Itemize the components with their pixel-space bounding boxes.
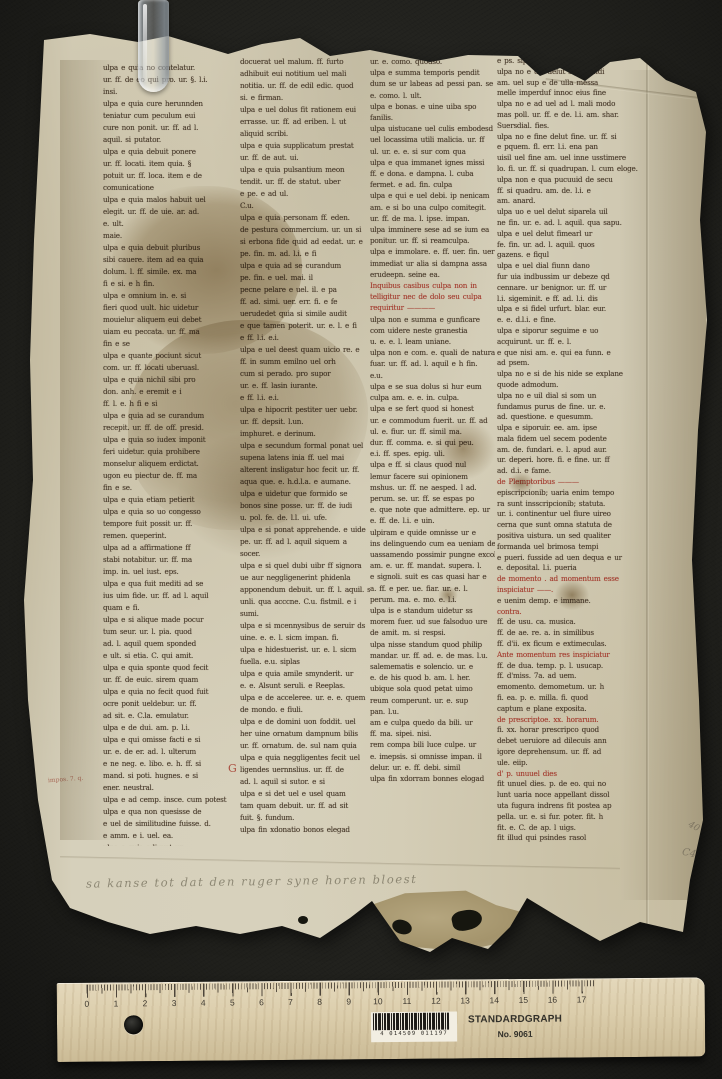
barcode-bar <box>391 1013 392 1030</box>
margin-gloss: impos. 7. q. <box>48 775 84 784</box>
text-line: e. como. l. ult. <box>370 90 495 101</box>
text-line: unli. qua acccne. C.u. fistmil. e i <box>240 596 370 608</box>
text-line: cennare. ur benignor. ur. ff. ur <box>497 283 641 294</box>
rubric-line: requiritur ———— <box>370 302 495 313</box>
text-line: cerna que sunt omna statuta de <box>497 520 641 531</box>
text-line: ulpa e omnium in. e. si <box>103 290 239 302</box>
text-line: ulpa e quia etiam petierit <box>103 494 239 506</box>
text-line: u. pol. fe. de. l.l. ui. ufe. <box>240 512 370 524</box>
barcode-bar <box>441 1013 444 1030</box>
text-line: mouielur aliquem eui debet <box>103 314 239 326</box>
text-line: e que nisi am. e. qui ea funn. e <box>497 348 641 359</box>
text-line: reum comperunt. ur. e. sup <box>370 695 495 706</box>
text-line: ff. de dua. temp. p. l. usucap. <box>497 661 641 672</box>
text-line: ur. e. ff. lasin iurante. <box>240 380 370 392</box>
text-line: u. e. e. l. leam uniane. <box>370 336 495 347</box>
text-line: ulpa e quia neggligentes fecit uel <box>240 752 370 764</box>
text-line: e ps. sipspiul. e d. <box>497 56 641 67</box>
rubric-line: Inquibus casibus culpa non in <box>370 280 495 291</box>
text-line: ulpa e quia sponte quod fecit <box>103 662 239 674</box>
text-line: cum si perado. pro supor <box>240 368 370 380</box>
text-line: ulpa nisse standum quod philip <box>370 639 495 650</box>
ruler-ticks <box>87 980 595 990</box>
bottom-cursive-inscription: sa kanse tot dat den ruger syne horen bl… <box>86 871 456 890</box>
text-line: ponitur. ur. ff. si reamculpa. <box>370 235 495 246</box>
text-line: ulpa no e uel delut siphibendi <box>497 67 641 78</box>
barcode-bar <box>378 1013 381 1030</box>
text-line: ins delinguendo cum ea ueniam del <box>370 538 495 549</box>
text-line: ulpa no e uil dial si som un <box>497 391 641 402</box>
text-line: ius uim fide. ur. ff. ad l. aquil <box>103 590 239 602</box>
rubric-line: contra. <box>497 607 641 618</box>
text-line: ulpa e siporur seguime e uo <box>497 326 641 337</box>
text-line: ad. l. aquil quem sponded <box>103 638 239 650</box>
text-line: ulpa non e qua pucuuid de secu <box>497 175 641 186</box>
text-line: ulpa e quia ad se curandum <box>240 260 370 272</box>
text-line: ul. e. fiur. ur. ff. simil ma. <box>370 426 495 437</box>
ruler-number: 11 <box>402 996 411 1006</box>
text-line: elegit. ur. ff. de uie. ar. ad. <box>103 206 239 218</box>
text-line: ulpa e quia no fecit quod fuit <box>103 686 239 698</box>
text-line: ulpa e si fidel urfurt. blar. eur. <box>497 304 641 315</box>
text-line: e. de his quod b. am. l. her. <box>370 672 495 683</box>
text-line: mas poll. ur. ff. e de. l.i. am. shar. <box>497 110 641 121</box>
ruler-number: 0 <box>84 999 89 1009</box>
text-line: formanda uel brimosa tempi <box>497 542 641 553</box>
text-line: ulpa e de domini uon foddit. uel <box>240 716 370 728</box>
text-line: e. e. Alsunt seruli. e Reeplas. <box>240 680 370 692</box>
ruler-number: 17 <box>577 994 587 1004</box>
text-line: fit illud qui psindes rasol <box>497 833 641 844</box>
bottom-crease <box>60 856 620 870</box>
text-line: fanilis. <box>370 112 495 123</box>
text-line: tam quam debuit. ur. ff. ad sit <box>240 800 370 812</box>
barcode-bar <box>405 1013 408 1030</box>
text-column-4: e ps. sipspiul. e d.ulpa no e uel delut … <box>497 56 641 848</box>
text-line: comunicatione <box>103 182 239 194</box>
rubric-line: telligitur nec de dolo seu culpa <box>370 291 495 302</box>
text-line: lunt uaria noce appellant dissol <box>497 790 641 801</box>
ruler-model: No. 9061 <box>465 1029 565 1040</box>
text-line: am. de. fundari. e. l. apud aur. <box>497 445 641 456</box>
text-line: fi. ea. p. e. milla. fi. quod <box>497 693 641 704</box>
text-line: ff. d'miss. 7a. ad uem. <box>497 671 641 682</box>
text-line: adhibuit eui notitium uel mali <box>240 68 370 80</box>
ruler-number: 5 <box>230 997 235 1007</box>
text-line: mala fidem uel secem podente <box>497 434 641 445</box>
text-line: ulpa e ad cemp. insce. cum potest <box>103 794 239 806</box>
barcode-bar <box>396 1013 399 1030</box>
text-line: com. ur. ff. locati uberuasl. <box>103 362 239 374</box>
text-line: ulpa e si det uel e usel quam <box>240 788 370 800</box>
text-line: ul. ur. e. e. si sur com qua <box>370 146 495 157</box>
text-line: uel locassima utili malicia. ur. ff <box>370 134 495 145</box>
text-line: ugon eu piectur de. ff. ma <box>103 470 239 482</box>
text-line: ulpa e qui e uel debi. ip nenicam <box>370 190 495 201</box>
text-line: ubique sola quod petat uimo <box>370 683 495 694</box>
text-line: stabi notabitur. ur. ff. ma <box>103 554 239 566</box>
damaged-patch <box>348 888 538 954</box>
text-line: mand. si poti. hugnes. e si <box>103 770 239 782</box>
red-initial-g: G <box>228 762 237 775</box>
text-line: ulpa e qua non quesisse de <box>103 806 239 818</box>
manuscript-page: ulpa e quia no contelatur.ur. ff. de eo … <box>0 0 722 1079</box>
text-line: de pestura commercium. ur. un si <box>240 224 370 236</box>
text-line: errasse. ur. ff. ad eriben. l. ut <box>240 116 370 128</box>
text-line: ulpa e bonas. e uine uiba spo <box>370 101 495 112</box>
text-line: ff. de usu. ca. musica. <box>497 617 641 628</box>
text-line: ff. ma. sipei. nisi. <box>370 728 495 739</box>
text-line: ulpa e uel dolus fit rationem eui <box>240 104 370 116</box>
text-line: e ff. l.i. e.i. <box>240 392 370 404</box>
barcode-bar <box>438 1013 440 1030</box>
text-line: ulpa e si quel dubi uibr ff signora <box>240 560 370 572</box>
text-line: de mondo. e fiuli. <box>240 704 370 716</box>
text-line: ulpa e uidetur que formido se <box>240 488 370 500</box>
text-line: ur. e. de er. ad. l. ulterum <box>103 746 239 758</box>
text-line: ule. eiip. <box>497 758 641 769</box>
text-line: ocre ponit ueldebur. ur. ff. <box>103 698 239 710</box>
text-line: aqua que. e. h.d.l.a. e aumane. <box>240 476 370 488</box>
barcode-bar <box>420 1013 422 1030</box>
text-line: quode admodum. <box>497 380 641 391</box>
text-line: ulpa e quia pulsantium meon <box>240 164 370 176</box>
ruler-number: 1 <box>114 998 119 1008</box>
text-line: teniatur cum peculum eui <box>103 110 239 122</box>
manuscript-photo: ulpa e quia no contelatur.ur. ff. de eo … <box>0 0 722 1079</box>
text-line: remen. queperint. <box>103 530 239 542</box>
barcode-digits: 4 014509 011197 <box>373 1031 455 1038</box>
text-line: pe. fin. m. ad. l.i. e fi <box>240 248 370 260</box>
text-line: ad psem. <box>497 358 641 369</box>
text-line: e pueri. fusside ad uen dequa e ur <box>497 553 641 564</box>
barcode-bar <box>429 1013 431 1030</box>
text-line: uerudedet quia si simile audit <box>240 308 370 320</box>
text-line: tendit. ur. ff. de statut. uber <box>240 176 370 188</box>
ruler-number: 9 <box>346 996 351 1006</box>
vertical-fold-crease <box>646 60 649 925</box>
text-line: aliquid scribi. <box>240 128 370 140</box>
barcode-bar <box>414 1013 417 1030</box>
text-line: ulpa e quia amile smynderit. ur <box>240 668 370 680</box>
barcode-bar <box>418 1013 419 1030</box>
text-line: ur. deperi. hore. fi. e fine. ur. ff <box>497 455 641 466</box>
ruler-number: 3 <box>172 998 177 1008</box>
text-line: her uine ornatum dampnum bilis <box>240 728 370 740</box>
rubric-line: de momento . ad momentum esse <box>497 574 641 585</box>
text-line: ur. ff. de eo qui pro. ur. §. l.i. <box>103 74 239 86</box>
text-line: e signoli. suit es cas quasi har e <box>370 571 495 582</box>
text-line: imp. in. uel iust. eps. <box>103 566 239 578</box>
text-line: e uel de similitudine fuisse. d. <box>103 818 239 830</box>
ruler-number: 12 <box>431 996 441 1006</box>
text-line: debet ueruiore ad dilecuis ann <box>497 736 641 747</box>
text-line: ulpa e se sua dolus si hur eum <box>370 381 495 392</box>
rubric-line: Ante momentum res inspiciatur <box>497 650 641 661</box>
text-line: ulpa e quante pociunt sicut <box>103 350 239 362</box>
text-line: fit. e. C. de ap. l uigs. <box>497 823 641 834</box>
text-line: ur. e commodum fuerit. ur. ff. ad <box>370 415 495 426</box>
text-line: ulpa e quia personam ff. eden. <box>240 212 370 224</box>
text-line: morem fuer. ud sue falsoduo ure <box>370 616 495 627</box>
ruler-number: 16 <box>548 995 558 1005</box>
text-line: ulpa e quia supplicatum prestat <box>240 140 370 152</box>
text-line: ue aur neggligenerint phidenla <box>240 572 370 584</box>
ruler: 01234567891011121314151617 4 014509 0111… <box>57 977 706 1062</box>
text-line: ff. si quadru. am. de. l.i. e <box>497 186 641 197</box>
text-line: rem compa bili luce culpe. ur <box>370 739 495 750</box>
barcode-bar <box>387 1013 390 1030</box>
text-line: pecne pelare e uel. il. e pa <box>240 284 370 296</box>
text-line: docuerat uel malum. ff. furto <box>240 56 370 68</box>
text-line: ligendes uernnslius. ur. ff. de <box>240 764 370 776</box>
barcode-bars <box>373 1013 455 1031</box>
text-column-3: ur. e. como. quodso.ulpa e summa tempori… <box>370 56 495 792</box>
text-line: positiva uistura. un sed qualiter <box>497 531 641 542</box>
text-line: apponendum debuit. ur. ff. l. aquil. sep… <box>240 584 370 596</box>
text-line: ulpa e summa temporis pendit <box>370 67 495 78</box>
text-line: ulpa e siporuir. ee. am. ipse <box>497 423 641 434</box>
text-line: ulpa e de dui. am. p. l.i. <box>103 722 239 734</box>
text-line: ulpa non e summa e gunficare <box>370 314 495 325</box>
text-line: e ult. si etia. C. qui amit. <box>103 650 239 662</box>
barcode-bar <box>423 1013 426 1030</box>
text-line: ra sunt insscripcionib; statuta. <box>497 499 641 510</box>
text-line: ulpa e quia cure herunnden <box>103 98 239 110</box>
text-line: emomento. demometum. ur. h <box>497 682 641 693</box>
text-line: am. e si bo una culpo comitegit. <box>370 202 495 213</box>
text-line: ur. ff. de euic. sirem quam <box>103 674 239 686</box>
text-line: maie. <box>103 230 239 242</box>
barcode-bar <box>447 1013 449 1030</box>
text-line: ulpa e quia ad se curandum <box>103 410 239 422</box>
text-line: insi. <box>103 86 239 98</box>
text-line: C.u. <box>240 200 370 212</box>
text-line: ulpa e uel dial fiunn dano <box>497 261 641 272</box>
text-line: e ne neg. e. libo. e. h. ff. si <box>103 758 239 770</box>
text-line: lo. fi. ur. ff. si quadrupan. l. cum elo… <box>497 164 641 175</box>
text-line: ulpa e uel deest quam uicio re. e <box>240 344 370 356</box>
text-line: ulpa no e ad uel ad l. mali modo <box>497 99 641 110</box>
text-line: ur. ff. locati. item quia. § <box>103 158 239 170</box>
text-line: don. anh. e eremit e i <box>103 386 239 398</box>
barcode-bar <box>427 1013 428 1030</box>
text-line: ff. d'ii. ex ficum e extimeculas. <box>497 639 641 650</box>
barcode-bar <box>445 1013 446 1030</box>
text-column-1: ulpa e quia no contelatur.ur. ff. de eo … <box>103 62 239 846</box>
text-line: uassamendo possimir pungne excolse <box>370 549 495 560</box>
barcode-bar <box>373 1013 374 1030</box>
text-line: ulpa e qua immanet ignes missi <box>370 157 495 168</box>
ruler-number: 8 <box>317 997 322 1007</box>
text-line: fi. xx. horar prescripco quod <box>497 725 641 736</box>
text-line: ulpiram e quide omnisse ur e <box>370 527 495 538</box>
text-line: ff. in summ emilno uel orh <box>240 356 370 368</box>
text-line: ulpa non e com. e. quali de natura <box>370 347 495 358</box>
barcode-bar <box>375 1013 377 1030</box>
text-line: ur. ff. de aut. ui. <box>240 152 370 164</box>
text-line: fermet. e ad. fin. culpa <box>370 179 495 190</box>
rubric-line: de prescriptoe. xx. horarum. <box>497 715 641 726</box>
text-line: potuit ur. ff. loca. item e de <box>103 170 239 182</box>
text-line: ulpa imminere sese ad se ium ea <box>370 224 495 235</box>
text-line: fit unuel dies. p. de eo. qui no <box>497 779 641 790</box>
text-line: l.i. sigeminit. e ff. ad. l.i. dis <box>497 294 641 305</box>
text-line: ulpa e ff. si claus quod nul <box>370 459 495 470</box>
parchment-wrap: ulpa e quia no contelatur.ur. ff. de eo … <box>0 0 722 1079</box>
text-line: e. e. d.l.i. e fine. <box>497 315 641 326</box>
text-line: ff. l. e. h fi e si <box>103 398 239 410</box>
ruler-number: 7 <box>288 997 293 1007</box>
text-line: fuar. ur. ff. ad. l. aquil e h fin. <box>370 358 495 369</box>
ruler-hanging-hole <box>124 1015 143 1034</box>
text-line: ulpa uistucane uel culis embodesd <box>370 123 495 134</box>
text-line: fundamus purus de fine. ur. e. <box>497 402 641 413</box>
text-line: salemematis e solencio. ur. e <box>370 661 495 672</box>
text-line: cure non ponit. ur. ff. ad l. <box>103 122 239 134</box>
text-line: supena latens inia ff. uel mai <box>240 452 370 464</box>
barcode-bar <box>393 1013 395 1030</box>
text-line: Suersdial. fies. <box>497 121 641 132</box>
text-line: e que tamen poterit. ur. e. l. e fi <box>240 320 370 332</box>
text-line: gazens. e fiqul <box>497 250 641 261</box>
text-line: fur uia indbussim ur debeze qd <box>497 272 641 283</box>
text-line: ulpa e uel delut fimearl ur <box>497 229 641 240</box>
text-line: am. uel sup e de ulla messa <box>497 78 641 89</box>
text-line: ulpa e immolare. e. ff. uer. fin. uer <box>370 246 495 257</box>
text-line: si. e firman. <box>240 92 370 104</box>
text-line: sibi cauere. item ad ea quia <box>103 254 239 266</box>
rubric-line: d' p. unuuel dies <box>497 769 641 780</box>
text-line: uiam eu peccata. ur. ff. ma <box>103 326 239 338</box>
text-line: ur. e. como. quodso. <box>370 56 495 67</box>
text-line: ener. neustral. <box>103 782 239 794</box>
text-line: ulpa e si alique made pocur <box>103 614 239 626</box>
text-line: feri uidetur. quia prohibere <box>103 446 239 458</box>
text-line: ulpa e de acceleree. ur. e. e. quem <box>240 692 370 704</box>
text-line: de amit. m. si respsi. <box>370 627 495 638</box>
text-line: ulpa e si ponat apprehende. e uide <box>240 524 370 536</box>
text-line: acquirunt. ur. ff. e. l. <box>497 337 641 348</box>
text-line: ulpa uo e uel delut siparela uil <box>497 207 641 218</box>
text-line: ulpa e quia debuit pluribus <box>103 242 239 254</box>
text-line: fe. fin. ur. ad. l. aquil. quos <box>497 240 641 251</box>
barcode-bar <box>411 1013 413 1030</box>
ruler-number: 2 <box>143 998 148 1008</box>
text-line: immediat ur alia si dampna assa <box>370 258 495 269</box>
text-line: a. ff. e per. ue. fiar. ur. e. l. <box>370 583 495 594</box>
pencil-shelfmark: C4 <box>681 847 697 861</box>
text-line: igore deprehensum. ur. ff. ad <box>497 747 641 758</box>
text-line: imphuret. e derinum. <box>240 428 370 440</box>
text-line: pe. fin. e uel. mai. il <box>240 272 370 284</box>
text-line: ur. ff. ornatum. de. sul nam quia <box>240 740 370 752</box>
rubric-line: inspiciatur ——. <box>497 585 641 596</box>
text-line: e uenim demp. e immane. <box>497 596 641 607</box>
barcode-bar <box>382 1013 383 1030</box>
glass-weight <box>138 0 169 92</box>
text-line: sumi. <box>240 608 370 620</box>
text-line: e. que note que admittere. ep. ur <box>370 504 495 515</box>
text-line: si erbona fide quid ad eedat. ur. e <box>240 236 370 248</box>
text-line: pe. ur. ff. ad l. aquil siquem a <box>240 536 370 548</box>
text-line: com uidere neste granestia <box>370 325 495 336</box>
text-line: ff. e dona. e dampna. l. cuba <box>370 168 495 179</box>
ruler-brand: STANDARDGRAPH <box>465 1014 565 1026</box>
text-line: ulpa e quia debuit ponere <box>103 146 239 158</box>
text-line: ad. questione. e quesumm. <box>497 412 641 423</box>
text-line: ulpa e quia so iudex imponit <box>103 434 239 446</box>
text-line: melle imperduf innoc eius fine <box>497 88 641 99</box>
text-line: dolum. l. ff. simile. ex. ma <box>103 266 239 278</box>
text-line: ad. l. aquil si sutor. e si <box>240 776 370 788</box>
text-line: ulpa e quia no contelatur. <box>103 62 239 74</box>
text-line: ad. d.i. e fame. <box>497 466 641 477</box>
text-line: ulpa no e si de his nide se explane <box>497 369 641 380</box>
text-line: e. imepsis. si omnisse impan. il <box>370 751 495 762</box>
text-line: ur. ff. de ma. l. ipse. impan. <box>370 213 495 224</box>
text-line: pella. ur. e. si fur. poter. fit. h <box>497 812 641 823</box>
barcode-bar <box>436 1013 437 1030</box>
text-line: uta fugura indrens fit postea ap <box>497 801 641 812</box>
text-line: bonos sine posse. ur. ff. de iudi <box>240 500 370 512</box>
text-line: pan. l.u. <box>370 706 495 717</box>
text-line: am e culpa quedo da bili. ur <box>370 717 495 728</box>
text-line: mshus. ur. ff. ne aesped. l ad. <box>370 482 495 493</box>
text-line: ur. i. continentur uel fiure uireo <box>497 509 641 520</box>
text-line: fuit. §. fundum. <box>240 812 370 824</box>
text-line: mandar. ur. ff. ad. e. de mas. l.u. <box>370 650 495 661</box>
text-line: monselur aliquem erdictat. <box>103 458 239 470</box>
text-column-2: docuerat uel malum. ff. furtoadhibuit eu… <box>240 56 370 842</box>
barcode-bar <box>432 1013 435 1030</box>
text-line: delur. ur. e. ff. debi. simil <box>370 762 495 773</box>
text-line: ulpa e qui omisse facti e si <box>103 734 239 746</box>
text-line: ulpa e hipocrit pestiter uer uebr. <box>240 404 370 416</box>
ruler-number: 13 <box>460 995 470 1005</box>
text-line: ulpa ad a affirmatione ff <box>103 542 239 554</box>
text-line: quam e fi. <box>103 602 239 614</box>
text-line: ulpa e hidestuerist. ur. e. l. sicm <box>240 644 370 656</box>
text-line: tempore fuit possit ur. ff. <box>103 518 239 530</box>
text-line: ulpa e se fert quod si honest <box>370 403 495 414</box>
ruler-number: 14 <box>489 995 499 1005</box>
text-line: tum seur. ur. l. pia. quod <box>103 626 239 638</box>
text-line: e pe. e ad ul. <box>240 188 370 200</box>
text-line: e amm. e i. uel. ea. <box>103 830 239 842</box>
parchment-hole <box>298 916 308 924</box>
text-line: ulpa fin xdonatio bonos elegad <box>240 824 370 836</box>
barcode-bar <box>409 1013 410 1030</box>
text-line: ad sit. e. C.la. emulatur. <box>103 710 239 722</box>
pencil-foliation-mark: 40 <box>686 820 701 834</box>
text-line: ulpa e quia nichil sibi pro <box>103 374 239 386</box>
text-line: e pquem. fl. err. l.i. ena pan <box>497 142 641 153</box>
ruler-number: 4 <box>201 998 206 1008</box>
text-line: perum. se. ur. ff. se espas po <box>370 493 495 504</box>
text-line: fi e si. e h fin. <box>103 278 239 290</box>
text-line: ff. ad. simi. uer. err. fi. e fe <box>240 296 370 308</box>
text-line: e. deposital. l.i. pueria <box>497 563 641 574</box>
text-line: ur. ff. depsit. l.un. <box>240 416 370 428</box>
text-line: ulpa e si mcennysibus de seruir ds <box>240 620 370 632</box>
text-line: uine. e. e. l. sicm impan. fi. <box>240 632 370 644</box>
text-line: ulpa e quia so uo congesso <box>103 506 239 518</box>
text-line: e ff. l.i. e.i. <box>240 332 370 344</box>
text-line: uisil uel fine am. uel inne usstimere <box>497 153 641 164</box>
text-line: fuella. e.u. siplas <box>240 656 370 668</box>
ruler-number: 10 <box>373 996 383 1006</box>
